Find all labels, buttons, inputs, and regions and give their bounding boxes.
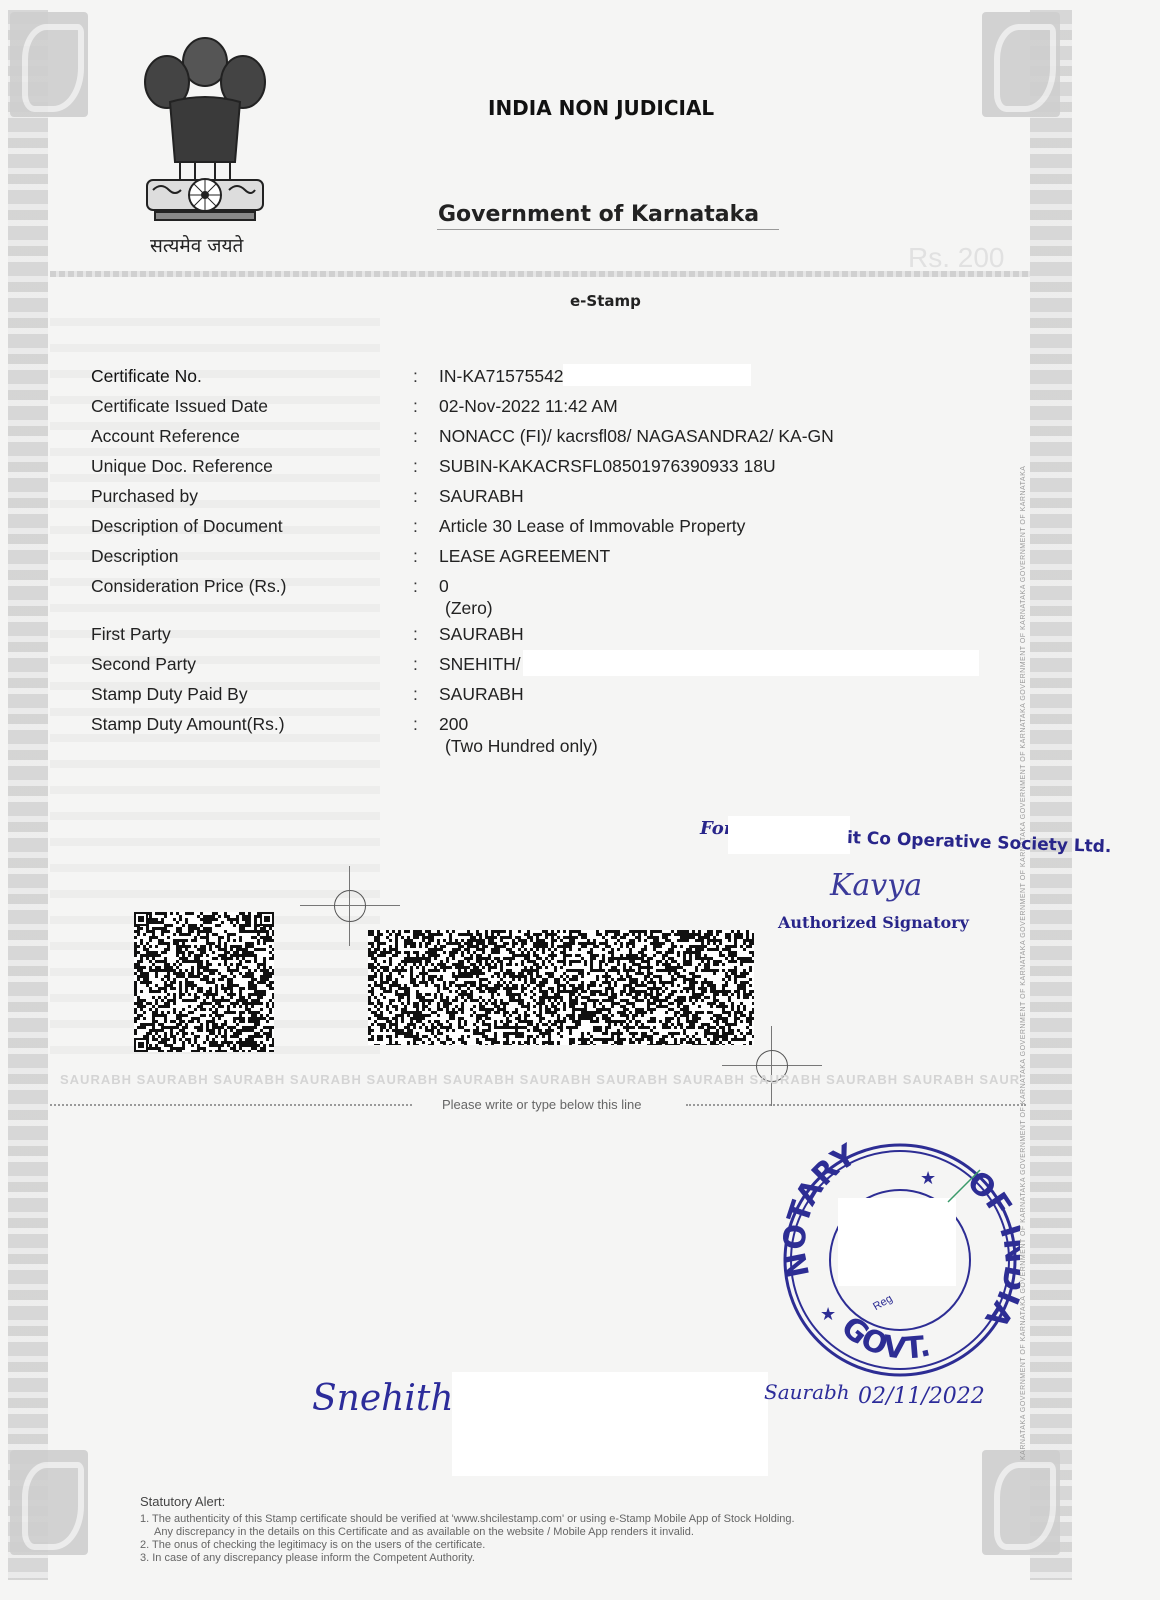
field-issued-date: Certificate Issued Date : 02-Nov-2022 11… <box>91 396 991 426</box>
field-label: Unique Doc. Reference <box>91 456 273 477</box>
redaction-box <box>523 650 979 676</box>
seal-inner-text: Reg <box>871 1293 894 1313</box>
field-value: LEASE AGREEMENT <box>439 546 610 567</box>
document-heading: INDIA NON JUDICIAL <box>488 96 714 120</box>
field-colon: : <box>413 486 418 507</box>
alert-item-text: The authenticity of this Stamp certifica… <box>152 1513 795 1525</box>
field-account-reference: Account Reference : NONACC (FI)/ kacrsfl… <box>91 426 991 456</box>
border-microtext: KARNATAKA GOVERNMENT OF KARNATAKA GOVERN… <box>1020 60 1040 1460</box>
certificate-details: Certificate No. : IN-KA71575542 Certific… <box>91 366 991 762</box>
field-colon: : <box>413 654 418 675</box>
alert-item-number: 1. <box>140 1513 149 1525</box>
field-colon: : <box>413 396 418 417</box>
left-ornamental-border <box>8 10 48 1580</box>
field-value: Article 30 Lease of Immovable Property <box>439 516 745 537</box>
alert-item-text: In case of any discrepancy please inform… <box>152 1552 475 1564</box>
field-colon: : <box>413 714 418 735</box>
field-value: NONACC (FI)/ kacrsfl08/ NAGASANDRA2/ KA-… <box>439 426 834 447</box>
field-consideration-price: Consideration Price (Rs.) : 0 (Zero) <box>91 576 991 624</box>
handwritten-date: 02/11/2022 <box>858 1384 985 1409</box>
issuing-government: Government of Karnataka <box>438 202 759 227</box>
star-icon: ★ <box>820 1304 836 1324</box>
handwritten-signature-left: Snehith <box>312 1378 454 1419</box>
field-value: IN-KA71575542 <box>439 366 564 387</box>
field-colon: : <box>413 684 418 705</box>
statutory-alert: Statutory Alert: 1. The authenticity of … <box>140 1494 795 1565</box>
field-label: Description <box>91 546 179 567</box>
separator-line-right <box>686 1104 1026 1106</box>
field-label: Stamp Duty Amount(Rs.) <box>91 714 285 735</box>
field-second-party: Second Party : SNEHITH/ <box>91 654 991 684</box>
field-value: SAURABH <box>439 684 524 705</box>
corner-ornament-bottom-right <box>982 1450 1060 1555</box>
alert-item-number: 2. <box>140 1539 149 1551</box>
authorized-signatory-label: Authorized Signatory <box>778 913 969 932</box>
field-value: SNEHITH/ <box>439 654 521 675</box>
field-label: Second Party <box>91 654 196 675</box>
field-label: Certificate Issued Date <box>91 396 268 417</box>
document-type: e-Stamp <box>570 292 641 310</box>
alert-item: 2. The onus of checking the legitimacy i… <box>140 1539 795 1552</box>
registration-mark-icon <box>320 876 380 936</box>
notary-seal: NOTARY OF INDIA GOVT. ★ ★ Reg <box>780 1140 1020 1380</box>
field-stamp-duty-amount: Stamp Duty Amount(Rs.) : 200 (Two Hundre… <box>91 714 991 762</box>
field-colon: : <box>413 366 418 387</box>
seal-bottom-text: GOVT. <box>834 1310 933 1368</box>
field-label: Account Reference <box>91 426 240 447</box>
qr-code <box>134 912 274 1052</box>
field-colon: : <box>413 516 418 537</box>
field-value: SAURABH <box>439 486 524 507</box>
field-stamp-duty-paid-by: Stamp Duty Paid By : SAURABH <box>91 684 991 714</box>
field-unique-doc-reference: Unique Doc. Reference : SUBIN-KAKACRSFL0… <box>91 456 991 486</box>
corner-ornament-bottom-left <box>10 1450 88 1555</box>
field-value-in-words: (Zero) <box>445 598 493 619</box>
field-value: SAURABH <box>439 624 524 645</box>
separator-line-left <box>50 1104 412 1106</box>
field-label: Stamp Duty Paid By <box>91 684 248 705</box>
separator-instruction: Please write or type below this line <box>442 1097 641 1112</box>
national-motto: सत्यमेव जयते <box>150 232 243 258</box>
estamp-certificate: KARNATAKA GOVERNMENT OF KARNATAKA GOVERN… <box>0 0 1160 1600</box>
field-purchased-by: Purchased by : SAURABH <box>91 486 991 516</box>
statutory-alert-title: Statutory Alert: <box>140 1494 795 1509</box>
field-label: Certificate No. <box>91 366 202 387</box>
redaction-box <box>838 1198 956 1286</box>
field-label: First Party <box>91 624 171 645</box>
corner-ornament-top-left <box>10 12 88 117</box>
field-colon: : <box>413 546 418 567</box>
security-ghost-text: SAURABH SAURABH SAURABH SAURABH SAURABH … <box>60 1072 1020 1087</box>
alert-item: 3. In case of any discrepancy please inf… <box>140 1552 795 1565</box>
field-value-in-words: (Two Hundred only) <box>445 736 598 757</box>
authorized-signature: Kavya <box>830 868 922 903</box>
security-microline <box>50 271 1030 277</box>
alert-item-number: 3. <box>140 1552 149 1564</box>
field-colon: : <box>413 624 418 645</box>
field-value: 200 <box>439 714 468 735</box>
field-label: Consideration Price (Rs.) <box>91 576 286 597</box>
redaction-box <box>563 364 751 386</box>
star-icon: ★ <box>920 1168 936 1188</box>
alert-item: 1. The authenticity of this Stamp certif… <box>140 1513 795 1539</box>
denomination-watermark: Rs. 200 <box>908 242 1005 274</box>
field-value: SUBIN-KAKACRSFL08501976390933 18U <box>439 456 776 477</box>
registration-mark-icon <box>742 1036 802 1096</box>
alert-item-text: The onus of checking the legitimacy is o… <box>152 1539 485 1551</box>
redaction-box <box>728 816 850 854</box>
field-colon: : <box>413 576 418 597</box>
field-colon: : <box>413 426 418 447</box>
ashoka-emblem-icon <box>135 22 275 227</box>
heading-underline <box>437 229 779 230</box>
handwritten-signature-right: Saurabh <box>764 1380 850 1404</box>
field-description-of-document: Description of Document : Article 30 Lea… <box>91 516 991 546</box>
field-value: 0 <box>439 576 449 597</box>
svg-text:GOVT.: GOVT. <box>834 1310 933 1368</box>
field-label: Purchased by <box>91 486 198 507</box>
field-description: Description : LEASE AGREEMENT <box>91 546 991 576</box>
2d-barcode <box>368 930 754 1045</box>
redaction-box <box>452 1372 768 1476</box>
field-value: 02-Nov-2022 11:42 AM <box>439 396 618 417</box>
field-label: Description of Document <box>91 516 283 537</box>
field-certificate-no: Certificate No. : IN-KA71575542 <box>91 366 991 396</box>
alert-item-continuation: Any discrepancy in the details on this C… <box>140 1526 795 1539</box>
field-colon: : <box>413 456 418 477</box>
